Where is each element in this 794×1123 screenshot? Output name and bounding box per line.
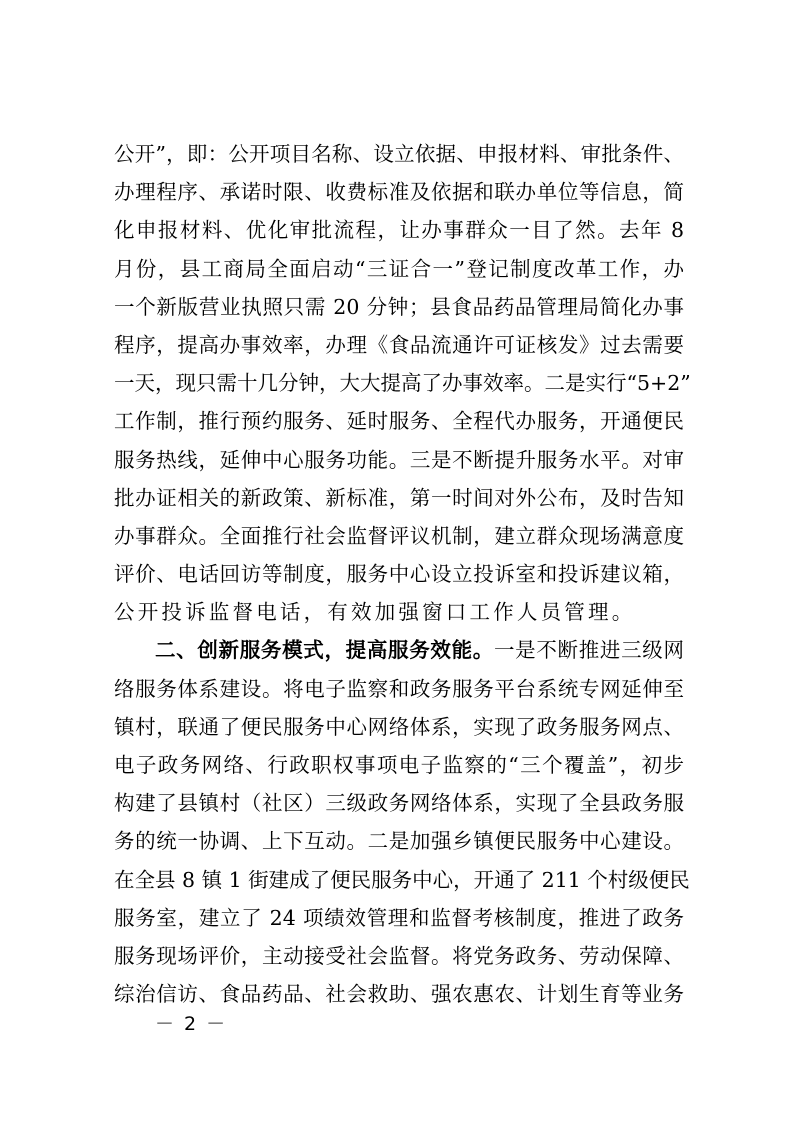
text-line: 电子政务网络、行政职权事项电子监察的“三个覆盖”，初步 — [114, 746, 684, 784]
text-line: 在全县 8 镇 1 街建成了便民服务中心，开通了 211 个村级便民 — [114, 861, 684, 899]
text-line: 务的统一协调、上下互动。二是加强乡镇便民服务中心建设。 — [114, 822, 684, 860]
text-line: 服务现场评价，主动接受社会监督。将党务政务、劳动保障、 — [114, 937, 684, 975]
document-page: 公开”，即：公开项目名称、设立依据、申报材料、审批条件、 办理程序、承诺时限、收… — [0, 0, 794, 1123]
text-line: 服务热线，延伸中心服务功能。三是不断提升服务水平。对审 — [114, 441, 684, 479]
text-line: 评价、电话回访等制度，服务中心设立投诉室和投诉建议箱， — [114, 555, 684, 593]
text-line: 络服务体系建设。将电子监察和政务服务平台系统专网延伸至 — [114, 670, 684, 708]
text-line: 公开”，即：公开项目名称、设立依据、申报材料、审批条件、 — [114, 135, 684, 173]
text-fragment: 一是不断推进三级网 — [494, 638, 684, 662]
text-line: 构建了县镇村（社区）三级政务网络体系，实现了全县政务服 — [114, 784, 684, 822]
text-line: 批办证相关的新政策、新标准，第一时间对外公布，及时告知 — [114, 479, 684, 517]
page-number: － 2 － — [155, 1012, 227, 1036]
section-heading: 二、创新服务模式，提高服务效能。 — [155, 638, 494, 662]
text-line: 办理程序、承诺时限、收费标准及依据和联办单位等信息，简 — [114, 173, 684, 211]
text-line: 一天，现只需十几分钟，大大提高了办事效率。二是实行“5+2” — [114, 364, 684, 402]
text-line: 化申报材料、优化审批流程，让办事群众一目了然。去年 8 — [114, 211, 684, 249]
section-heading-line: 二、创新服务模式，提高服务效能。一是不断推进三级网 — [114, 631, 684, 669]
text-line: 月份，县工商局全面启动“三证合一”登记制度改革工作，办 — [114, 250, 684, 288]
text-line: 程序，提高办事效率，办理《食品流通许可证核发》过去需要 — [114, 326, 684, 364]
text-line: 镇村，联通了便民服务中心网络体系，实现了政务服务网点、 — [114, 708, 684, 746]
body-text: 公开”，即：公开项目名称、设立依据、申报材料、审批条件、 办理程序、承诺时限、收… — [114, 135, 684, 1013]
text-line: 服务室，建立了 24 项绩效管理和监督考核制度，推进了政务 — [114, 899, 684, 937]
text-line: 工作制，推行预约服务、延时服务、全程代办服务，开通便民 — [114, 402, 684, 440]
text-line: 综治信访、食品药品、社会救助、强农惠农、计划生育等业务 — [114, 975, 684, 1013]
text-line: 办事群众。全面推行社会监督评议机制，建立群众现场满意度 — [114, 517, 684, 555]
text-line: 一个新版营业执照只需 20 分钟；县食品药品管理局简化办事 — [114, 288, 684, 326]
text-line: 公开投诉监督电话，有效加强窗口工作人员管理。 — [114, 593, 684, 631]
